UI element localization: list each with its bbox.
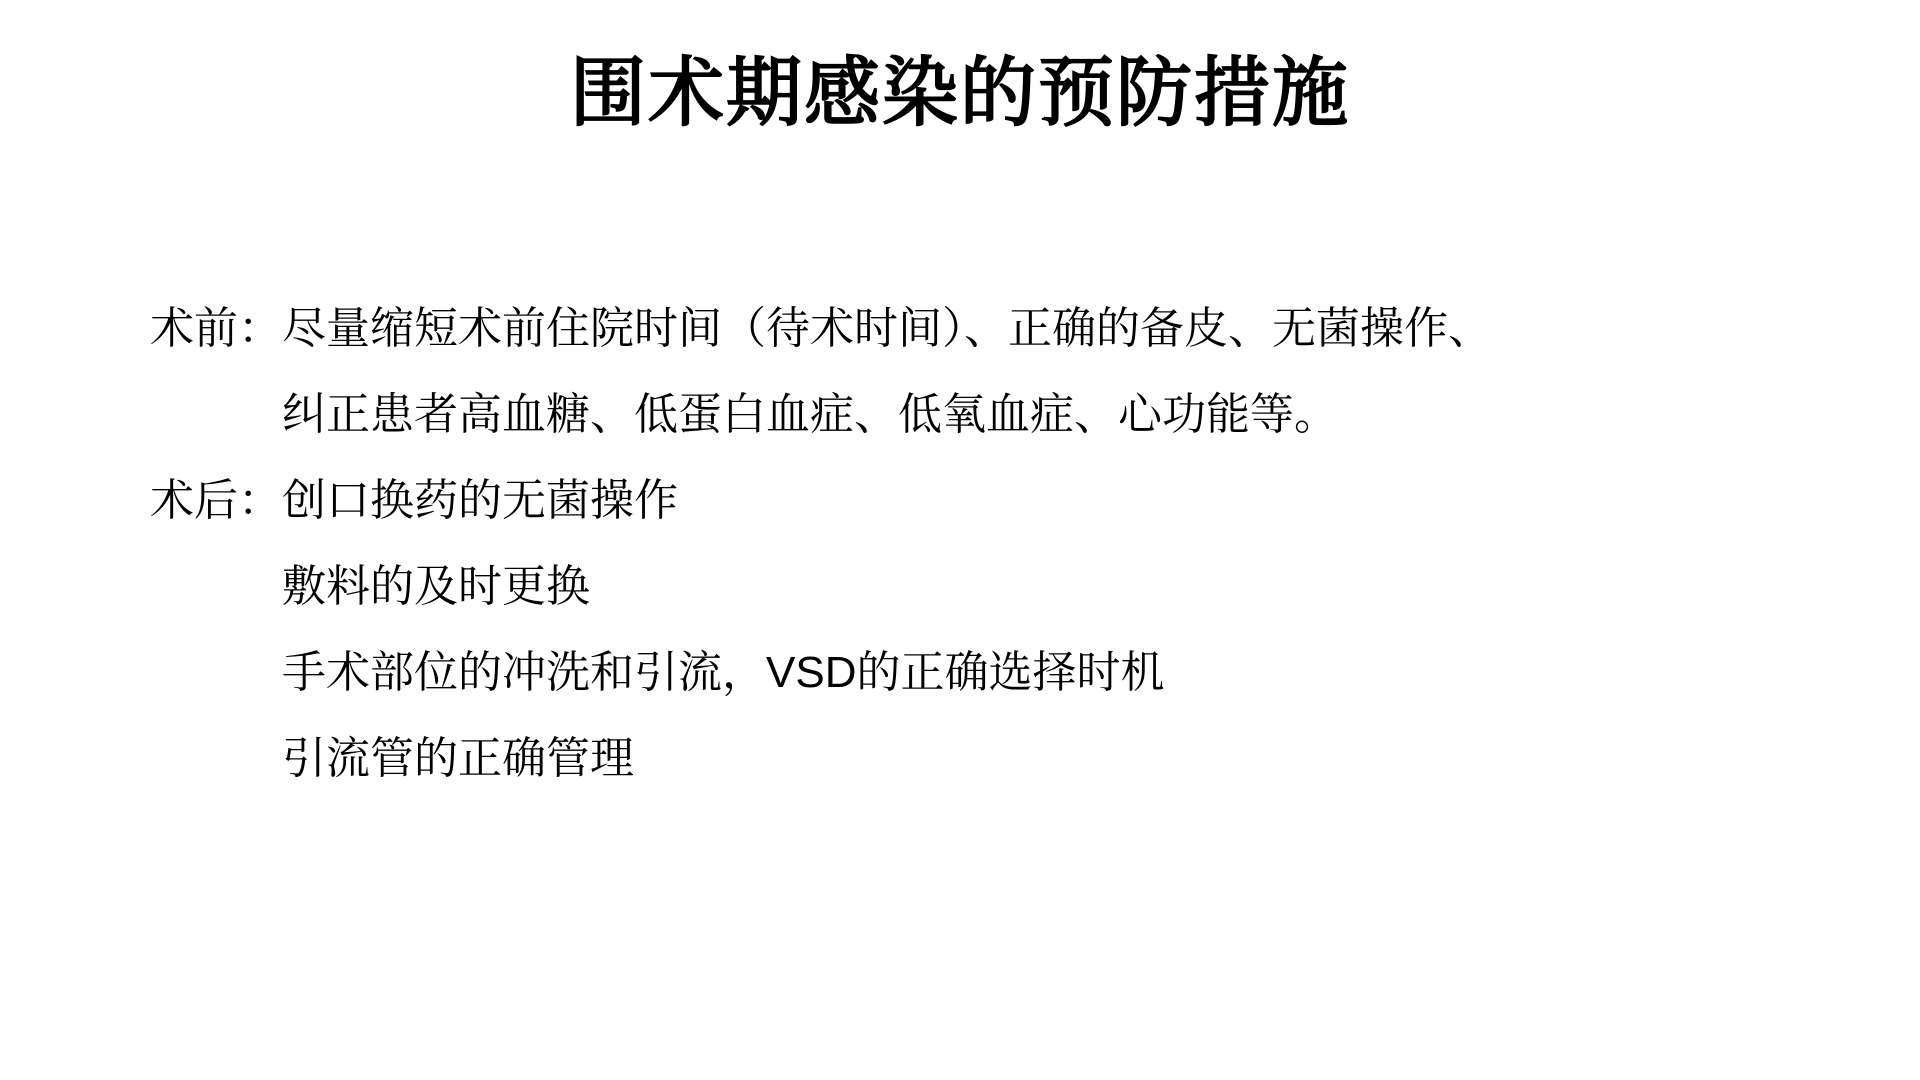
text-line: 引流管的正确管理: [282, 716, 1860, 802]
presentation-slide: 围术期感染的预防措施 术前： 尽量缩短术前住院时间（待术时间）、正确的备皮、无菌…: [0, 0, 1920, 1080]
section-preoperative-label: 术前：: [150, 286, 282, 372]
text-line: 尽量缩短术前住院时间（待术时间）、正确的备皮、无菌操作、: [282, 286, 1860, 372]
text-line: 纠正患者高血糖、低蛋白血症、低氧血症、心功能等。: [282, 372, 1860, 458]
section-preoperative: 术前： 尽量缩短术前住院时间（待术时间）、正确的备皮、无菌操作、 纠正患者高血糖…: [150, 286, 1860, 458]
slide-body: 术前： 尽量缩短术前住院时间（待术时间）、正确的备皮、无菌操作、 纠正患者高血糖…: [150, 286, 1860, 802]
slide-title: 围术期感染的预防措施: [0, 52, 1920, 136]
section-postoperative-lines: 创口换药的无菌操作 敷料的及时更换 手术部位的冲洗和引流，VSD的正确选择时机 …: [282, 458, 1860, 802]
section-postoperative-label: 术后：: [150, 458, 282, 544]
text-line: 手术部位的冲洗和引流，VSD的正确选择时机: [282, 630, 1860, 716]
text-line: 敷料的及时更换: [282, 544, 1860, 630]
section-preoperative-lines: 尽量缩短术前住院时间（待术时间）、正确的备皮、无菌操作、 纠正患者高血糖、低蛋白…: [282, 286, 1860, 458]
text-line: 创口换药的无菌操作: [282, 458, 1860, 544]
section-postoperative: 术后： 创口换药的无菌操作 敷料的及时更换 手术部位的冲洗和引流，VSD的正确选…: [150, 458, 1860, 802]
